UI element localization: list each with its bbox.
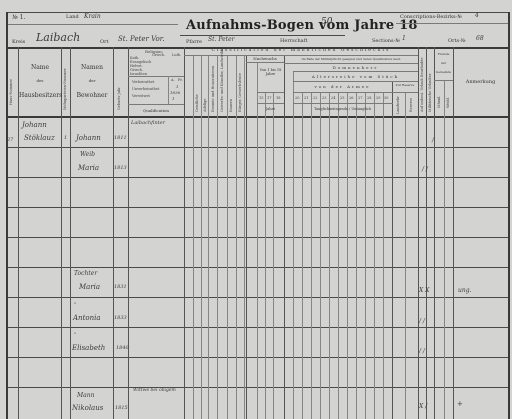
col-line <box>244 55 245 419</box>
marks-cell: / / <box>422 166 428 173</box>
religion-col: Luth. <box>172 53 181 57</box>
col-line <box>347 92 348 419</box>
fremde-header-3: Gemeinde <box>434 70 453 74</box>
age-col: 21 <box>304 96 308 100</box>
nachwuchs-divider <box>246 62 284 63</box>
marks-cell: / <box>432 137 434 144</box>
military-divider <box>293 71 418 72</box>
bewohner-relation-cell: Mann <box>77 392 94 399</box>
conscription-underline <box>396 23 510 24</box>
col-line <box>284 55 285 419</box>
fremde-sub: Männl. <box>437 96 441 108</box>
military-header: Im Falle der Militärpflicht geeignet und… <box>286 57 416 61</box>
geburt-cell: 1813 <box>114 165 127 171</box>
class-col-header: Bauern <box>229 99 233 112</box>
hausbesitzer-header-1: Name <box>19 64 61 71</box>
col-line <box>273 92 274 419</box>
age-col: 23 <box>322 96 326 100</box>
col-line <box>383 92 384 419</box>
qualification-header: Qualification <box>128 108 184 113</box>
urlaub-header: Auf unbest. Urlaub Beurlaubte <box>420 57 424 112</box>
militaer-header: Militärische Urlauber <box>428 74 432 113</box>
religion-row: Israeliten <box>130 72 147 76</box>
bewohner-header-3: Bewohner <box>71 92 113 99</box>
pfarre-value: St. Peter <box>208 36 234 43</box>
top-border <box>6 12 510 13</box>
class-col-header: Geistliche <box>195 94 199 112</box>
fremde-header-2: der <box>434 61 453 65</box>
col-line <box>320 92 321 419</box>
col-line <box>302 92 303 419</box>
right-border <box>508 12 510 419</box>
stand-row: Unverheirathet <box>132 87 159 91</box>
col-line <box>265 92 266 419</box>
age-col: 27 <box>358 96 362 100</box>
orts-label: Orts-№ <box>448 38 466 44</box>
bewohner-cell: Johann <box>76 134 101 142</box>
col-line <box>227 55 228 419</box>
conscription-value: 4 <box>475 12 479 19</box>
military-divider <box>293 103 393 104</box>
bewohner-relation-cell: " <box>74 332 76 338</box>
kreis-label: Kreis <box>12 39 25 45</box>
hausbesitzer-cell: Johann <box>22 121 47 129</box>
stand-value: 1 <box>172 96 175 101</box>
col-line <box>61 47 62 419</box>
age-col: 26 <box>349 96 353 100</box>
col-line <box>311 92 312 419</box>
col-line <box>113 47 114 419</box>
ort-value: St. Peter Vor. <box>118 35 165 43</box>
bewohner-relation-cell: " <box>74 302 76 308</box>
bewohner-header-2: der <box>71 78 113 83</box>
col-line <box>217 55 218 419</box>
class-col-header: Adelige <box>203 99 207 112</box>
col-line <box>405 92 406 419</box>
age-divider <box>257 103 284 104</box>
col-line <box>356 92 357 419</box>
religion-divider <box>128 76 184 77</box>
haus-nr-header: Haus-Nummer <box>9 79 13 105</box>
geburt-cell: 1831 <box>114 284 127 290</box>
stand-divider <box>128 104 184 105</box>
col-line <box>453 47 454 419</box>
nachwuchs-header: Nachwuchs <box>246 56 284 61</box>
age-col: 29 <box>376 96 380 100</box>
geburt-cell: 1811 <box>114 135 127 141</box>
religion-col: Griech. <box>152 53 165 57</box>
armee-header: von der Armee <box>293 84 392 89</box>
bewohner-cell: Elisabeth <box>72 344 105 352</box>
bewohner-cell: Antonia <box>73 314 101 322</box>
reserve-sub: Landwehr <box>396 96 400 114</box>
age-divider <box>257 92 284 93</box>
left-border <box>6 12 8 419</box>
age-col: 22 <box>313 96 317 100</box>
age-col: 24 <box>331 96 335 100</box>
reserve-header: Zur Reserve <box>392 83 418 87</box>
nachwuchs-age: 17 <box>267 96 271 100</box>
col-line <box>208 55 209 419</box>
col-line <box>70 47 71 419</box>
col-line <box>374 92 375 419</box>
col-line <box>293 71 294 419</box>
stand-value: 1836 <box>170 90 180 95</box>
qualification-cell: Laibachfinter <box>131 120 165 126</box>
age-col: 25 <box>340 96 344 100</box>
age-col: 20 <box>295 96 299 100</box>
class-col-header: Bürger, Gewerbsleute <box>238 73 242 112</box>
land-label: Land <box>66 14 79 20</box>
bewohner-relation-cell: Weib <box>80 151 95 158</box>
fremde-sub: Weibl. <box>446 97 450 108</box>
orts-value: 68 <box>476 35 484 42</box>
col-line <box>392 81 393 419</box>
col-line <box>184 47 185 419</box>
anmerkung-cell: + <box>457 400 463 408</box>
haus-nr-cell: 27 <box>7 137 13 143</box>
bewohner-cell: Maria <box>78 164 99 172</box>
col-line <box>434 47 435 419</box>
geburt-cell: 1833 <box>114 315 127 321</box>
section-value: 1 <box>402 35 406 42</box>
census-form-page: № 1. Land Krain Aufnahms-Bogen vom Jahre… <box>0 0 512 419</box>
geburtsjahr-header: Geburts-Jahr <box>117 87 121 110</box>
herrschaft-label: Herrschaft <box>280 38 308 44</box>
land-value: Krain <box>84 13 101 20</box>
col-line <box>246 55 247 419</box>
nachwuchs-sub: Von 1 bis 18 Jahre <box>257 68 284 76</box>
bewohner-cell: Maria <box>79 283 100 291</box>
form-title: Aufnahms-Bogen vom Jahre 18 <box>186 18 418 33</box>
col-line <box>338 92 339 419</box>
age-col: 30 <box>384 96 388 100</box>
class-col-header: Beamte und Honoratioren <box>211 66 215 112</box>
col-line <box>418 47 419 419</box>
age-col: 28 <box>367 96 371 100</box>
stand-value: 1 <box>176 84 179 89</box>
stand-col-line <box>168 76 169 104</box>
altersreihe-header: Altersreihe vom Stück <box>293 74 418 79</box>
nachwuchs-age: 18 <box>276 96 280 100</box>
stand-row: Verheirathet <box>132 80 154 84</box>
age-footer: Tauglichkeitsgrade / Untauglich <box>293 107 392 111</box>
marks-cell: X X <box>419 287 429 294</box>
nachwuchs-age: 15 <box>259 96 263 100</box>
col-line <box>193 55 194 419</box>
title-underline <box>180 35 345 36</box>
class-col-header: Gewerbs- und Künstler, Landwirthe <box>220 49 224 112</box>
bewohner-relation-cell: Tochter <box>74 270 97 277</box>
stand-row: Verwitwet <box>132 94 150 98</box>
qualification-cell: Wittwe bei obigem <box>133 388 181 394</box>
section-label: Sections-№ <box>372 38 400 44</box>
military-divider <box>293 81 418 82</box>
reserve-sub: Reserve <box>409 98 413 112</box>
title-divider <box>6 24 178 25</box>
col-line <box>128 47 129 419</box>
hausbesitzer-header-3: Hausbesitzers <box>19 92 61 99</box>
hausbesitzer-cell: Stöklauz <box>24 134 55 142</box>
bewohner-header-1: Namen <box>71 64 113 71</box>
marks-cell: / / <box>419 318 425 325</box>
bewohner-cell: Nikolaus <box>72 404 103 412</box>
col-line <box>444 80 445 419</box>
col-line <box>236 55 237 419</box>
fremde-header-1: Fremde <box>434 52 453 56</box>
conscription-label: Conscriptions-Bezirks-№ <box>400 14 462 20</box>
col-line <box>257 62 258 419</box>
geburt-cell: 1815 <box>115 405 128 411</box>
year-value: 50 <box>321 17 332 27</box>
form-number: № 1. <box>12 14 25 21</box>
fremde-divider <box>434 80 453 81</box>
geburt-cell: 1840 <box>116 345 129 351</box>
partei-cell: 1 <box>64 135 67 141</box>
military-divider <box>284 63 418 64</box>
marks-cell: X / <box>419 403 427 410</box>
stand-col: Fr. <box>178 78 183 82</box>
col-line <box>426 47 427 419</box>
anmerkung-header: Anmerkung <box>453 79 508 85</box>
dominikal-header: Domnenherr <box>293 65 418 70</box>
marks-cell: / / <box>419 348 425 355</box>
col-line <box>18 47 19 419</box>
nachwuchs-jahre: Jahre <box>257 107 284 111</box>
wohnparteien-header: Wohnparteien-Nummer <box>63 68 67 110</box>
hausbesitzer-header-2: des <box>19 78 61 83</box>
col-line <box>201 55 202 419</box>
pfarre-label: Pfarre <box>186 39 202 45</box>
ort-label: Ort <box>100 39 109 45</box>
col-line <box>329 92 330 419</box>
stand-col: A. <box>171 78 175 82</box>
kreis-value: Laibach <box>36 31 80 44</box>
col-line <box>365 92 366 419</box>
military-divider <box>293 92 418 93</box>
anmerkung-cell: ung. <box>458 287 471 294</box>
